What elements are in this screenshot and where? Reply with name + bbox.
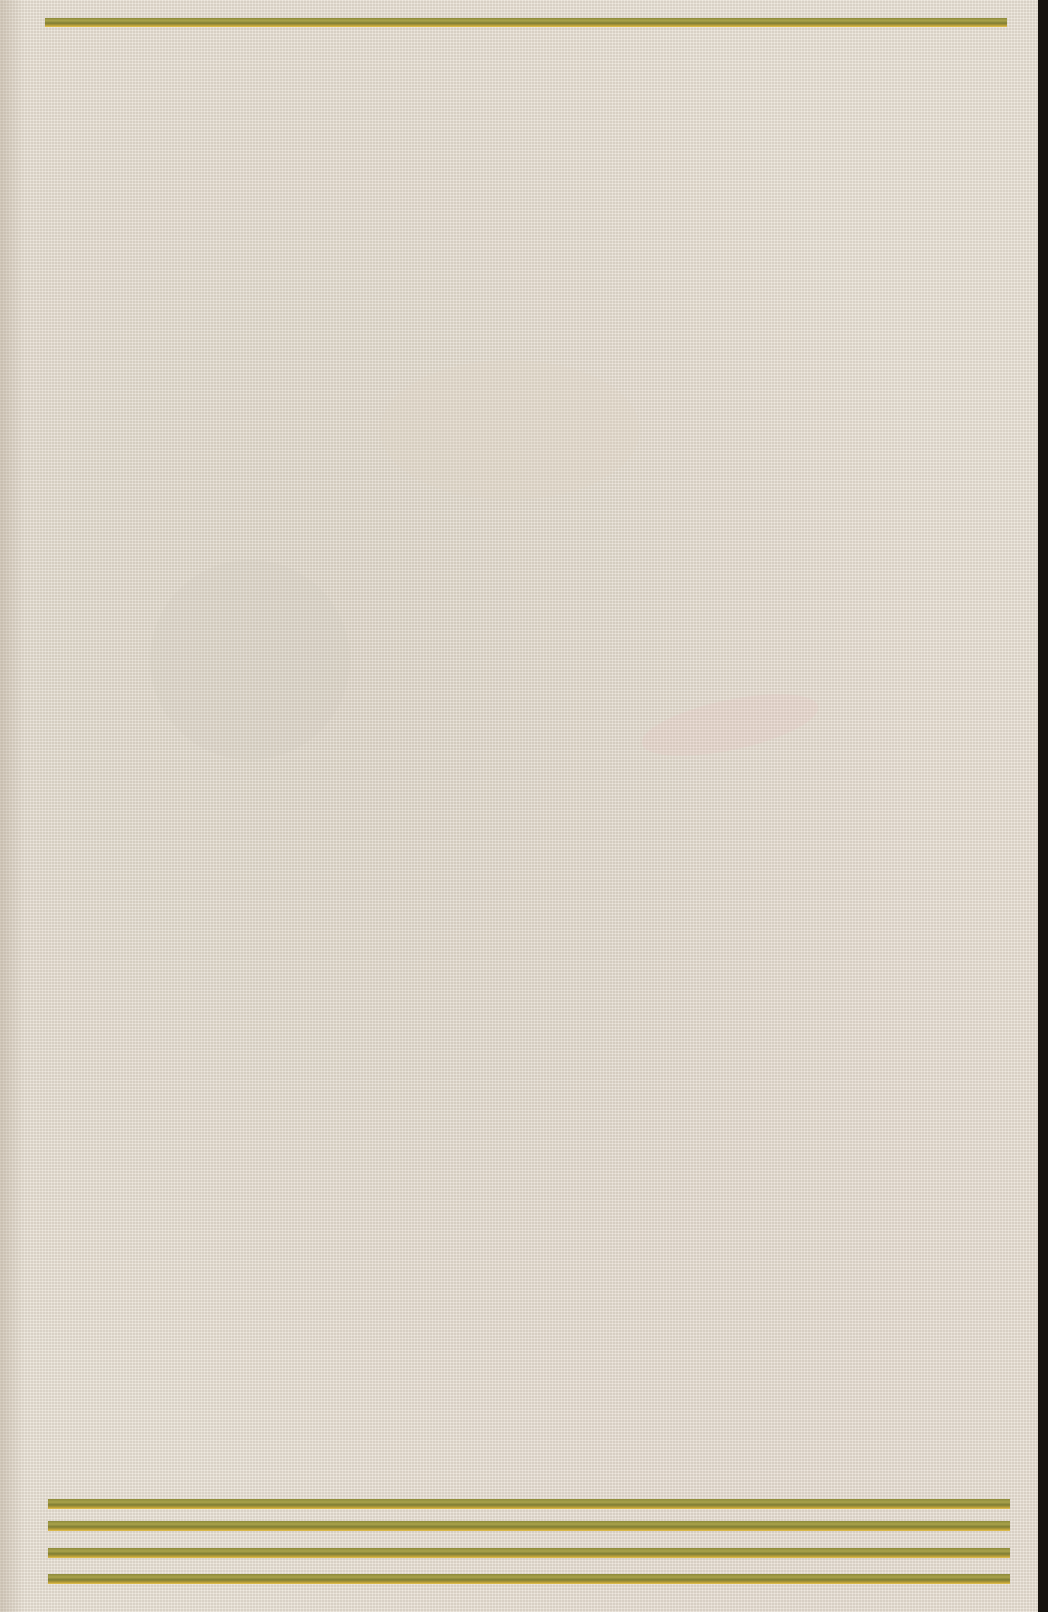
gold-rule-top xyxy=(45,18,1007,27)
gold-rule-bottom-3 xyxy=(48,1548,1010,1558)
cover-left-edge-shadow xyxy=(0,0,24,1612)
cloth-stain xyxy=(637,682,823,768)
cloth-stain xyxy=(150,560,350,760)
book-cover xyxy=(0,0,1038,1612)
gold-rule-bottom-1 xyxy=(48,1499,1010,1509)
gold-rule-bottom-2 xyxy=(48,1521,1010,1531)
cloth-stain xyxy=(380,360,640,500)
gold-rule-bottom-4 xyxy=(48,1574,1010,1584)
cover-right-dark-edge xyxy=(1038,0,1048,1612)
